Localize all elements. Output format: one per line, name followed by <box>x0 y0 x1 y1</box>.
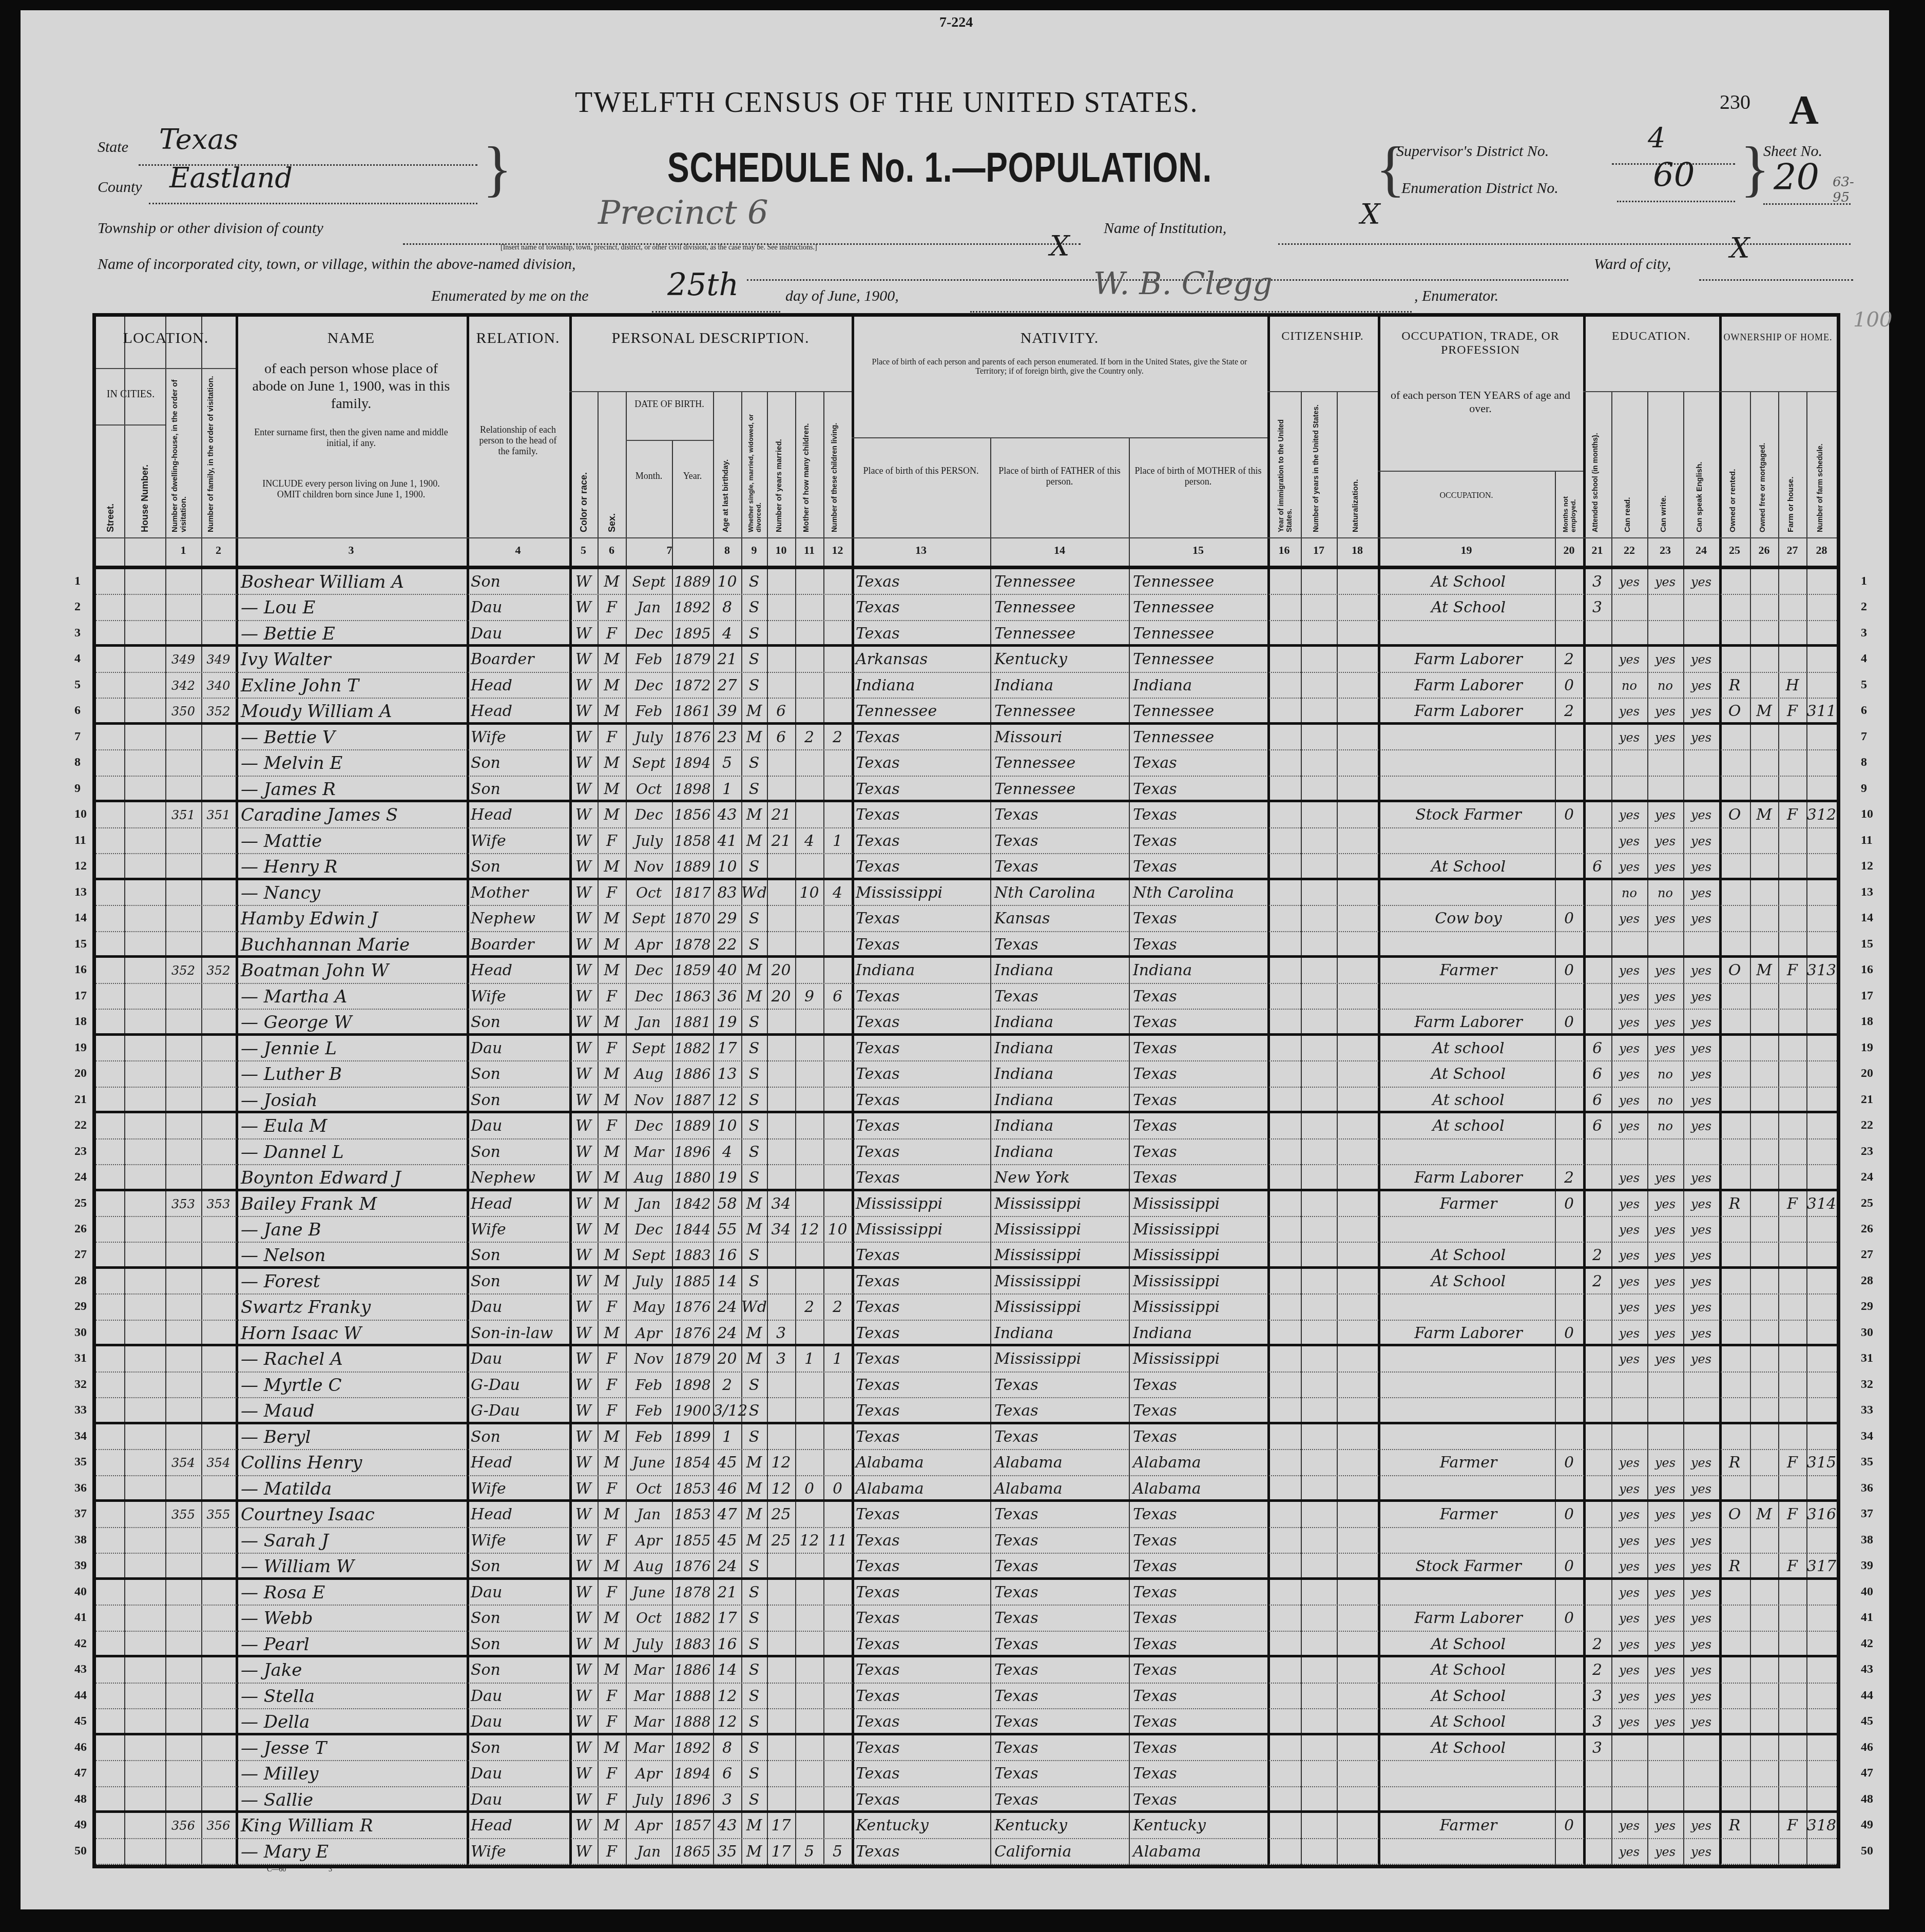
table-row[interactable]: — Dannel LSonWMMar18964STexasIndianaTexa… <box>96 1139 1837 1165</box>
can-write-cell: yes <box>1647 1450 1683 1475</box>
years-married-cell <box>767 1424 795 1449</box>
table-row[interactable]: — ForestSonWMJuly188514STexasMississippi… <box>96 1269 1837 1295</box>
row-number-left: 37 <box>74 1507 87 1521</box>
farm-or-house-cell: F <box>1778 1502 1806 1527</box>
attended-school-cell <box>1583 828 1611 853</box>
years-married-cell <box>767 647 795 671</box>
table-row[interactable]: — Jesse TSonWMMar18928STexasTexasTexasAt… <box>96 1735 1837 1761</box>
row-number-right: 36 <box>1861 1481 1873 1495</box>
table-row[interactable]: Boynton Edward JNephewWMAug188019STexasN… <box>96 1165 1837 1191</box>
dwelling-number-cell <box>165 984 201 1009</box>
color-cell: W <box>569 1269 598 1293</box>
dwelling-number-cell <box>165 1010 201 1033</box>
children-living-cell: 5 <box>823 1839 852 1864</box>
marital-status-cell: M <box>741 1813 767 1838</box>
birthplace-mother-cell: Tennessee <box>1133 621 1267 644</box>
color-cell: W <box>569 569 598 594</box>
children-living-cell <box>823 1502 852 1527</box>
marital-status-cell: S <box>741 1088 767 1111</box>
years-married-cell <box>767 1295 795 1319</box>
row-number-right: 7 <box>1861 730 1867 744</box>
mother-of-cell <box>795 932 823 955</box>
owned-or-rented-cell <box>1719 1761 1750 1786</box>
marital-status-cell: S <box>741 906 767 931</box>
table-row[interactable]: — Sarah JWifeWFApr185545M251211TexasTexa… <box>96 1528 1837 1554</box>
relation-cell: Dau <box>471 1346 568 1371</box>
months-not-employed-cell: 2 <box>1555 699 1583 722</box>
table-row[interactable]: — NancyMotherWFOct181783Wd104Mississippi… <box>96 880 1837 906</box>
family-number-header: Number of family, in the order of visita… <box>206 373 215 532</box>
birthplace-person-cell: Texas <box>856 1761 990 1786</box>
table-row[interactable]: — Jennie LDauWFSept188217STexasIndianaTe… <box>96 1036 1837 1061</box>
table-row[interactable]: 350352Moudy William AHeadWMFeb186139M6Te… <box>96 699 1837 724</box>
relation-cell: Dau <box>471 1113 568 1138</box>
family-number-cell <box>201 1269 236 1293</box>
table-row[interactable]: — Henry RSonWMNov188910STexasTexasTexasA… <box>96 854 1837 880</box>
row-number-right: 24 <box>1861 1170 1873 1184</box>
family-number-cell <box>201 1295 236 1319</box>
table-row[interactable]: — MaudG-DauWFFeb19003/12STexasTexasTexas <box>96 1398 1837 1424</box>
dwelling-number-cell <box>165 1735 201 1760</box>
birth-year-cell: 1889 <box>672 569 713 594</box>
can-write-cell <box>1647 1139 1683 1164</box>
table-row[interactable]: 349349Ivy WalterBoarderWMFeb187921SArkan… <box>96 647 1837 672</box>
relation-cell: Dau <box>471 1684 568 1708</box>
months-not-employed-cell <box>1555 1269 1583 1293</box>
row-number-right: 47 <box>1861 1766 1873 1780</box>
owned-or-rented-cell <box>1719 1787 1750 1810</box>
table-row[interactable]: — Rachel ADauWFNov187920M311TexasMississ… <box>96 1346 1837 1372</box>
table-row[interactable]: Hamby Edwin JNephewWMSept187029STexasKan… <box>96 906 1837 932</box>
table-row[interactable]: — Luther BSonWMAug188613STexasIndianaTex… <box>96 1061 1837 1087</box>
owned-free-mortgaged-cell <box>1750 1450 1778 1475</box>
can-speak-english-header: Can speak English. <box>1695 396 1704 532</box>
owned-or-rented-cell <box>1719 1010 1750 1033</box>
birthplace-father-cell: Texas <box>994 984 1129 1009</box>
row-number-right: 4 <box>1861 652 1867 666</box>
mother-of-cell <box>795 1139 823 1164</box>
relation-cell: Son <box>471 854 568 877</box>
sex-cell: M <box>598 854 626 877</box>
birthplace-father-cell: Tennessee <box>994 621 1129 644</box>
mother-of-cell <box>795 1243 823 1266</box>
farm-schedule-number-cell: 311 <box>1806 699 1837 722</box>
owned-free-mortgaged-cell <box>1750 1269 1778 1293</box>
owned-free-mortgaged-cell: M <box>1750 958 1778 982</box>
can-speak-english-cell: yes <box>1683 906 1719 931</box>
table-row[interactable]: Boshear William ASonWMSept188910STexasTe… <box>96 569 1837 595</box>
color-cell: W <box>569 1061 598 1086</box>
children-living-cell <box>823 1113 852 1138</box>
farm-or-house-cell <box>1778 750 1806 775</box>
farm-schedule-number-cell <box>1806 647 1837 671</box>
row-number-left: 43 <box>74 1663 87 1676</box>
can-speak-english-cell: yes <box>1683 1295 1719 1319</box>
family-number-cell: 355 <box>201 1502 236 1527</box>
color-cell: W <box>569 1657 598 1682</box>
birth-month-cell: Jan <box>626 1010 672 1033</box>
birthplace-person-cell: Texas <box>856 1165 990 1188</box>
birth-year-cell: 1896 <box>672 1787 713 1810</box>
can-write-cell: yes <box>1647 828 1683 853</box>
table-row[interactable]: — William WSonWMAug187624STexasTexasTexa… <box>96 1554 1837 1579</box>
table-row[interactable]: — Myrtle CG-DauWFFeb18982STexasTexasTexa… <box>96 1373 1837 1398</box>
sex-cell: M <box>598 1088 626 1111</box>
birth-year-cell: 1853 <box>672 1502 713 1527</box>
occupation-cell <box>1382 1528 1555 1553</box>
row-number-left: 20 <box>74 1067 87 1080</box>
birth-year-cell: 1898 <box>672 777 713 800</box>
person-name-cell: — Beryl <box>241 1424 467 1449</box>
row-number-right: 28 <box>1861 1274 1873 1288</box>
relation-cell: Dau <box>471 1787 568 1810</box>
owned-or-rented-cell <box>1719 1061 1750 1086</box>
farm-or-house-cell <box>1778 569 1806 594</box>
person-name-cell: — Jesse T <box>241 1735 467 1760</box>
age-cell: 3/12 <box>713 1398 741 1421</box>
sex-cell: F <box>598 1373 626 1397</box>
can-write-cell: yes <box>1647 1839 1683 1864</box>
birthplace-person-cell: Texas <box>856 569 990 594</box>
nativity-desc: Place of birth of each person and parent… <box>858 358 1261 376</box>
relation-cell: Head <box>471 1191 568 1216</box>
owned-free-mortgaged-cell <box>1750 1528 1778 1553</box>
enumerator-field[interactable]: W. B. Clegg <box>970 293 1412 313</box>
months-not-employed-cell <box>1555 1398 1583 1421</box>
birthplace-father-cell: Texas <box>994 1424 1129 1449</box>
row-number-right: 25 <box>1861 1196 1873 1210</box>
table-row[interactable]: Buchhannan MarieBoarderWMApr187822STexas… <box>96 932 1837 958</box>
color-cell: W <box>569 1113 598 1138</box>
row-number-left: 32 <box>74 1378 87 1392</box>
can-write-cell: yes <box>1647 1528 1683 1553</box>
table-row[interactable]: — Melvin ESonWMSept18945STexasTennesseeT… <box>96 750 1837 776</box>
family-number-cell <box>201 1632 236 1655</box>
age-cell: 47 <box>713 1502 741 1527</box>
family-number-cell <box>201 854 236 877</box>
farm-schedule-number-cell: 317 <box>1806 1554 1837 1577</box>
months-not-employed-cell: 2 <box>1555 1165 1583 1188</box>
sex-cell: F <box>598 725 626 749</box>
state-value: Texas <box>159 123 238 156</box>
enumeration-district-label: Enumeration District No. <box>1401 180 1558 197</box>
person-name-cell: — Sarah J <box>241 1528 467 1553</box>
township-field[interactable]: Precinct 6 <box>403 225 1081 245</box>
family-number-cell <box>201 1139 236 1164</box>
marital-status-cell: S <box>741 750 767 775</box>
birthplace-mother-cell: Texas <box>1133 1139 1267 1164</box>
birth-month-cell: Aug <box>626 1061 672 1086</box>
table-row[interactable]: — MattieWifeWFJuly185841M2141TexasTexasT… <box>96 828 1837 854</box>
sex-cell: M <box>598 1061 626 1086</box>
table-row[interactable]: — NelsonSonWMSept188316STexasMississippi… <box>96 1243 1837 1268</box>
dwelling-number-cell <box>165 725 201 749</box>
birthplace-father-cell: Indiana <box>994 958 1129 982</box>
birthplace-mother-cell: Tennessee <box>1133 699 1267 722</box>
family-number-cell <box>201 1735 236 1760</box>
marital-status-cell: S <box>741 1036 767 1060</box>
sex-cell: M <box>598 647 626 671</box>
sheet-field[interactable]: 20 63-95 <box>1763 185 1851 205</box>
marital-status-cell: S <box>741 1657 767 1682</box>
mother-of-cell: 4 <box>795 828 823 853</box>
birthplace-mother-cell: Tennessee <box>1133 647 1267 671</box>
table-row[interactable]: — George WSonWMJan188119STexasIndianaTex… <box>96 1010 1837 1035</box>
owned-or-rented-cell <box>1719 1269 1750 1293</box>
age-header: Age at last birthday. <box>721 396 730 532</box>
sex-cell: M <box>598 1554 626 1577</box>
can-write-cell: yes <box>1647 802 1683 827</box>
table-row[interactable]: — MatildaWifeWFOct185346M1200AlabamaAlab… <box>96 1476 1837 1502</box>
farm-or-house-cell <box>1778 1735 1806 1760</box>
family-number-cell: 340 <box>201 673 236 698</box>
can-speak-english-cell: yes <box>1683 1269 1719 1293</box>
row-number-left: 18 <box>74 1015 87 1029</box>
age-cell: 27 <box>713 673 741 698</box>
citizenship-header: CITIZENSHIP. <box>1267 330 1378 343</box>
farm-schedule-number-cell <box>1806 750 1837 775</box>
row-number-left: 47 <box>74 1766 87 1780</box>
person-name-cell: Swartz Franky <box>241 1295 467 1319</box>
table-row[interactable]: — JosiahSonWMNov188712STexasIndianaTexas… <box>96 1088 1837 1113</box>
months-not-employed-cell <box>1555 1088 1583 1111</box>
can-read-cell: yes <box>1611 1010 1647 1033</box>
birth-year-cell: 1889 <box>672 1113 713 1138</box>
attended-school-cell <box>1583 1295 1611 1319</box>
table-row[interactable]: — StellaDauWFMar188812STexasTexasTexasAt… <box>96 1684 1837 1709</box>
family-number-cell <box>201 1580 236 1605</box>
children-living-cell <box>823 1269 852 1293</box>
relation-cell: Head <box>471 1502 568 1527</box>
table-row[interactable]: — JakeSonWMMar188614STexasTexasTexasAt S… <box>96 1657 1837 1683</box>
age-cell: 10 <box>713 569 741 594</box>
table-row[interactable]: — Martha AWifeWFDec186336M2096TexasTexas… <box>96 984 1837 1010</box>
birthplace-father-cell: Indiana <box>994 1139 1129 1164</box>
attended-school-cell <box>1583 1502 1611 1527</box>
owned-free-mortgaged-cell <box>1750 1243 1778 1266</box>
owned-free-mortgaged-cell <box>1750 1165 1778 1188</box>
birthplace-father-cell: Mississippi <box>994 1191 1129 1216</box>
occupation-cell <box>1382 750 1555 775</box>
table-row[interactable]: 342340Exline John THeadWMDec187227SIndia… <box>96 673 1837 699</box>
institution-field[interactable]: X <box>1278 225 1851 245</box>
birthplace-person-cell: Texas <box>856 1036 990 1060</box>
relation-cell: Dau <box>471 1036 568 1060</box>
owned-or-rented-cell <box>1719 647 1750 671</box>
children-living-cell <box>823 1709 852 1732</box>
can-speak-english-cell: yes <box>1683 569 1719 594</box>
table-row[interactable]: 352352Boatman John WHeadWMDec185940M20In… <box>96 958 1837 983</box>
relation-cell: Head <box>471 802 568 827</box>
table-row[interactable]: 351351Caradine James SHeadWMDec185643M21… <box>96 802 1837 828</box>
dwelling-number-cell <box>165 1243 201 1266</box>
person-name-cell: Buchhannan Marie <box>241 932 467 955</box>
farm-or-house-cell <box>1778 1295 1806 1319</box>
farm-schedule-number-cell <box>1806 777 1837 800</box>
children-living-cell <box>823 1165 852 1188</box>
farm-or-house-cell <box>1778 777 1806 800</box>
months-not-employed-cell: 0 <box>1555 1502 1583 1527</box>
color-cell: W <box>569 699 598 722</box>
table-row[interactable]: — Eula MDauWFDec188910STexasIndianaTexas… <box>96 1113 1837 1139</box>
birth-month-cell: Oct <box>626 1476 672 1499</box>
children-living-cell <box>823 1684 852 1708</box>
owned-free-mortgaged-cell <box>1750 777 1778 800</box>
age-cell: 43 <box>713 1813 741 1838</box>
table-row[interactable]: — WebbSonWMOct188217STexasTexasTexasFarm… <box>96 1606 1837 1631</box>
dwelling-number-cell: 355 <box>165 1502 201 1527</box>
data-rows: Boshear William ASonWMSept188910STexasTe… <box>96 569 1837 1865</box>
attended-school-cell <box>1583 1373 1611 1397</box>
owned-or-rented-cell <box>1719 880 1750 905</box>
table-row[interactable]: — SallieDauWFJuly18963STexasTexasTexas <box>96 1787 1837 1813</box>
table-row[interactable]: 354354Collins HenryHeadWMJune185445M12Al… <box>96 1450 1837 1476</box>
sex-cell: F <box>598 595 626 620</box>
table-row[interactable]: 356356King William RHeadWMApr185743M17Ke… <box>96 1813 1837 1839</box>
occupation-cell: At School <box>1382 854 1555 877</box>
table-row[interactable]: — MilleyDauWFApr18946STexasTexasTexas <box>96 1761 1837 1787</box>
years-married-cell <box>767 569 795 594</box>
can-speak-english-cell <box>1683 1735 1719 1760</box>
can-write-cell: yes <box>1647 1269 1683 1293</box>
sex-cell: M <box>598 1191 626 1216</box>
birth-month-cell: Jan <box>626 1839 672 1864</box>
sex-cell: F <box>598 880 626 905</box>
table-row[interactable]: — Mary EWifeWFJan186535M1755TexasCalifor… <box>96 1839 1837 1865</box>
months-not-employed-cell: 0 <box>1555 1606 1583 1630</box>
farm-schedule-number-cell <box>1806 1787 1837 1810</box>
owned-free-mortgaged-cell <box>1750 1761 1778 1786</box>
person-name-cell: — Stella <box>241 1684 467 1708</box>
months-not-employed-cell <box>1555 1424 1583 1449</box>
birth-month-cell: Dec <box>626 1113 672 1138</box>
occupation-cell: At School <box>1382 1735 1555 1760</box>
marital-status-cell: M <box>741 1346 767 1371</box>
row-number-right: 45 <box>1861 1714 1873 1728</box>
table-row[interactable]: — Rosa EDauWFJune187821STexasTexasTexasy… <box>96 1580 1837 1606</box>
sex-cell: M <box>598 906 626 931</box>
color-cell: W <box>569 828 598 853</box>
person-name-cell: — Melvin E <box>241 750 467 775</box>
can-speak-english-cell: yes <box>1683 1632 1719 1655</box>
table-row[interactable]: — Bettie VWifeWFJuly187623M622TexasMisso… <box>96 725 1837 750</box>
table-row[interactable]: Swartz FrankyDauWFMay187624Wd22TexasMiss… <box>96 1295 1837 1320</box>
table-row[interactable]: — Lou EDauWFJan18928STexasTennesseeTenne… <box>96 595 1837 621</box>
children-living-cell <box>823 1606 852 1630</box>
attended-school-cell <box>1583 1554 1611 1577</box>
farm-house-header: Farm or house. <box>1786 396 1795 532</box>
years-married-cell: 3 <box>767 1321 795 1344</box>
can-write-cell: yes <box>1647 1657 1683 1682</box>
mother-of-cell <box>795 802 823 827</box>
can-speak-english-cell: yes <box>1683 1088 1719 1111</box>
birthplace-mother-cell: Texas <box>1133 1606 1267 1630</box>
table-row[interactable]: Horn Isaac WSon-in-lawWMApr187624M3Texas… <box>96 1321 1837 1346</box>
years-married-cell <box>767 932 795 955</box>
can-write-cell: yes <box>1647 1346 1683 1371</box>
years-married-cell: 25 <box>767 1502 795 1527</box>
color-cell: W <box>569 1217 598 1242</box>
owned-or-rented-cell <box>1719 725 1750 749</box>
color-cell: W <box>569 1502 598 1527</box>
table-row[interactable]: — PearlSonWMJuly188316STexasTexasTexasAt… <box>96 1632 1837 1657</box>
can-speak-english-cell: yes <box>1683 1606 1719 1630</box>
age-cell: 39 <box>713 699 741 722</box>
birth-year-cell: 1885 <box>672 1269 713 1293</box>
county-field[interactable]: Eastland <box>149 182 477 204</box>
owned-free-mortgaged-cell <box>1750 750 1778 775</box>
farm-schedule-number-cell <box>1806 1839 1837 1864</box>
person-name-cell: — Nancy <box>241 880 467 905</box>
farm-or-house-cell <box>1778 906 1806 931</box>
mother-of-cell <box>795 1113 823 1138</box>
farm-or-house-cell <box>1778 1606 1806 1630</box>
row-number-right: 21 <box>1861 1093 1873 1107</box>
row-number-right: 5 <box>1861 678 1867 692</box>
farm-schedule-number-cell <box>1806 1684 1837 1708</box>
table-row[interactable]: — Jane BWifeWMDec184455M341210Mississipp… <box>96 1217 1837 1243</box>
occupation-cell <box>1382 1424 1555 1449</box>
table-row[interactable]: — James RSonWMOct18981STexasTennesseeTex… <box>96 777 1837 802</box>
table-row[interactable]: — Bettie EDauWFDec18954STexasTennesseeTe… <box>96 621 1837 647</box>
owned-or-rented-cell <box>1719 1036 1750 1060</box>
can-speak-english-cell: yes <box>1683 1528 1719 1553</box>
can-write-cell: yes <box>1647 1036 1683 1060</box>
dwelling-number-cell <box>165 854 201 877</box>
row-number-left: 49 <box>74 1818 87 1832</box>
occupation-cell: At School <box>1382 1632 1555 1655</box>
owned-free-mortgaged-cell <box>1750 595 1778 620</box>
birth-year-cell: 1880 <box>672 1165 713 1188</box>
attended-school-cell: 3 <box>1583 1684 1611 1708</box>
table-row[interactable]: — DellaDauWFMar188812STexasTexasTexasAt … <box>96 1709 1837 1735</box>
can-speak-english-cell <box>1683 595 1719 620</box>
enumerated-day-field[interactable]: 25th <box>652 293 780 313</box>
can-read-cell: yes <box>1611 1813 1647 1838</box>
table-row[interactable]: 355355Courtney IsaacHeadWMJan185347M25Te… <box>96 1502 1837 1528</box>
family-number-cell <box>201 569 236 594</box>
months-not-employed-cell: 0 <box>1555 906 1583 931</box>
marital-status-cell: S <box>741 569 767 594</box>
farm-or-house-cell: F <box>1778 1813 1806 1838</box>
can-read-cell: yes <box>1611 1709 1647 1732</box>
farm-or-house-cell <box>1778 647 1806 671</box>
ward-field[interactable]: X <box>1699 261 1853 281</box>
table-row[interactable]: 353353Bailey Frank MHeadWMJan184258M34Mi… <box>96 1191 1837 1217</box>
occupation-cell <box>1382 1580 1555 1605</box>
in-cities-header: IN CITIES. <box>96 389 165 400</box>
children-living-cell: 6 <box>823 984 852 1009</box>
sex-cell: M <box>598 932 626 955</box>
children-living-cell <box>823 595 852 620</box>
row-number-left: 42 <box>74 1637 87 1651</box>
row-number-left: 50 <box>74 1844 87 1858</box>
can-read-cell: yes <box>1611 1528 1647 1553</box>
relation-cell: Son <box>471 1088 568 1111</box>
can-speak-english-cell: yes <box>1683 1684 1719 1708</box>
birthplace-mother-cell: Mississippi <box>1133 1217 1267 1242</box>
row-number-left: 46 <box>74 1741 87 1754</box>
row-number-right: 18 <box>1861 1015 1873 1029</box>
mother-of-cell <box>795 1450 823 1475</box>
family-number-cell <box>201 1036 236 1060</box>
mother-of-cell <box>795 621 823 644</box>
owned-or-rented-cell <box>1719 1580 1750 1605</box>
table-row[interactable]: — BerylSonWMFeb18991STexasTexasTexas <box>96 1424 1837 1450</box>
family-number-cell <box>201 1217 236 1242</box>
enumeration-district-field[interactable]: 60 <box>1617 182 1735 202</box>
sex-cell: F <box>598 984 626 1009</box>
